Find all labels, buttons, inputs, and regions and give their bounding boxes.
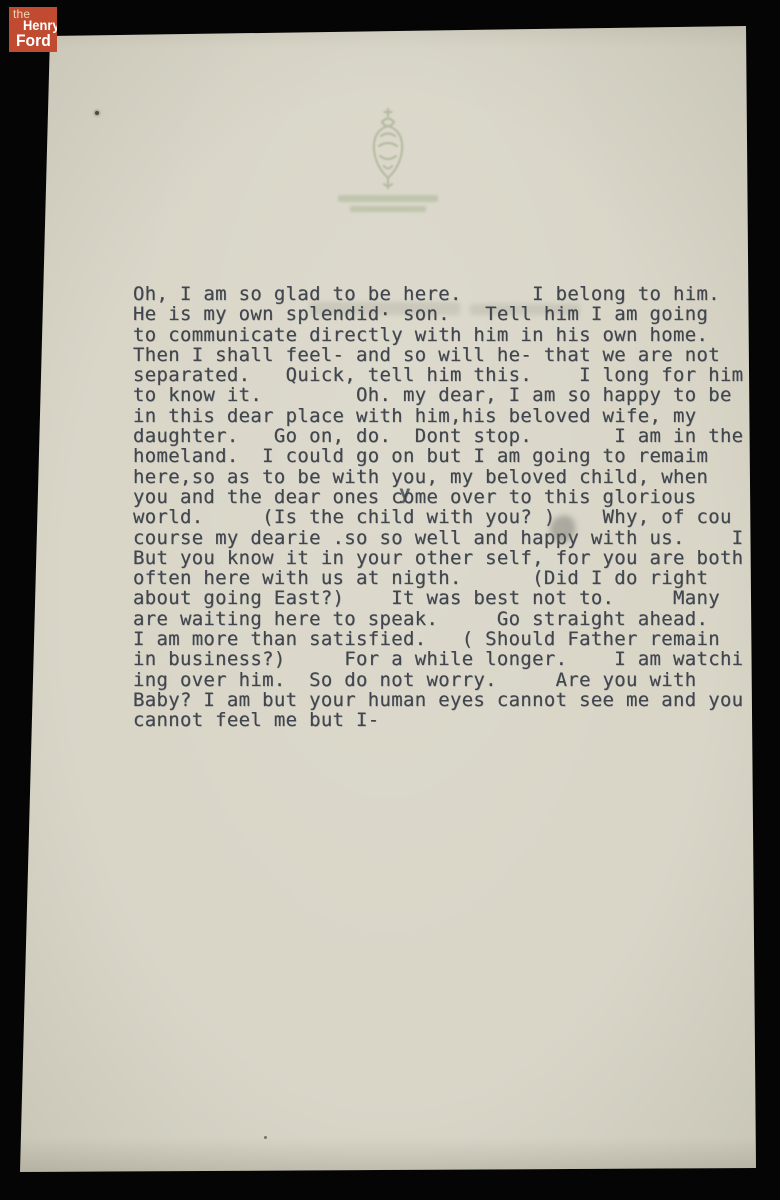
text-line: ing over him. So do not worry. Are you w… [133,670,756,690]
text-line: Baby? I am but your human eyes cannot se… [133,690,756,710]
paper-speck [264,1136,267,1139]
text-line: in this dear place with him,his beloved … [133,406,756,426]
text-line: Oh, I am so glad to be here. I belong to… [133,284,756,304]
letter-paper: Oh, I am so glad to be here. I belong to… [20,26,756,1172]
text-line: cannot feel me but I- [133,710,756,730]
text-line: about going East?) It was best not to. M… [133,588,756,608]
text-line: separated. Quick, tell him this. I long … [133,365,756,385]
text-line: But you know it in your other self, for … [133,548,756,568]
text-line: Then I shall feel- and so will he- that … [133,345,756,365]
text-line: you and the dear ones come over to this … [133,487,756,507]
typewritten-text: Oh, I am so glad to be here. I belong to… [133,284,756,731]
text-line: to know it. Oh. my dear, I am so happy t… [133,385,756,405]
text-line: world. (Is the child with you? ) Why, of… [133,507,756,527]
text-line: course my dearie .so so well and happy w… [133,528,756,548]
text-line: to communicate directly with him in his … [133,325,756,345]
text-line: here,so as to be with you, my beloved ch… [133,467,756,487]
text-line: are waiting here to speak. Go straight a… [133,609,756,629]
text-line: in business?) For a while longer. I am w… [133,649,756,669]
letterhead-imprint-line [350,206,426,212]
paper-speck [95,111,99,115]
overstruck-y-artifact: y [399,482,410,504]
text-line: often here with us at nigth. (Did I do r… [133,568,756,588]
text-line: homeland. I could go on but I am going t… [133,446,756,466]
logo-ford-label: Ford [16,31,51,51]
letterhead-crest-icon [358,108,418,194]
letterhead-imprint-line [338,195,438,202]
text-line: daughter. Go on, do. Dont stop. I am in … [133,426,756,446]
text-line: I am more than satisfied. ( Should Fathe… [133,629,756,649]
henry-ford-logo: the Henry Ford [9,7,57,52]
text-line: He is my own splendid· son. Tell him I a… [133,304,756,324]
scan-background: Oh, I am so glad to be here. I belong to… [0,0,780,1200]
